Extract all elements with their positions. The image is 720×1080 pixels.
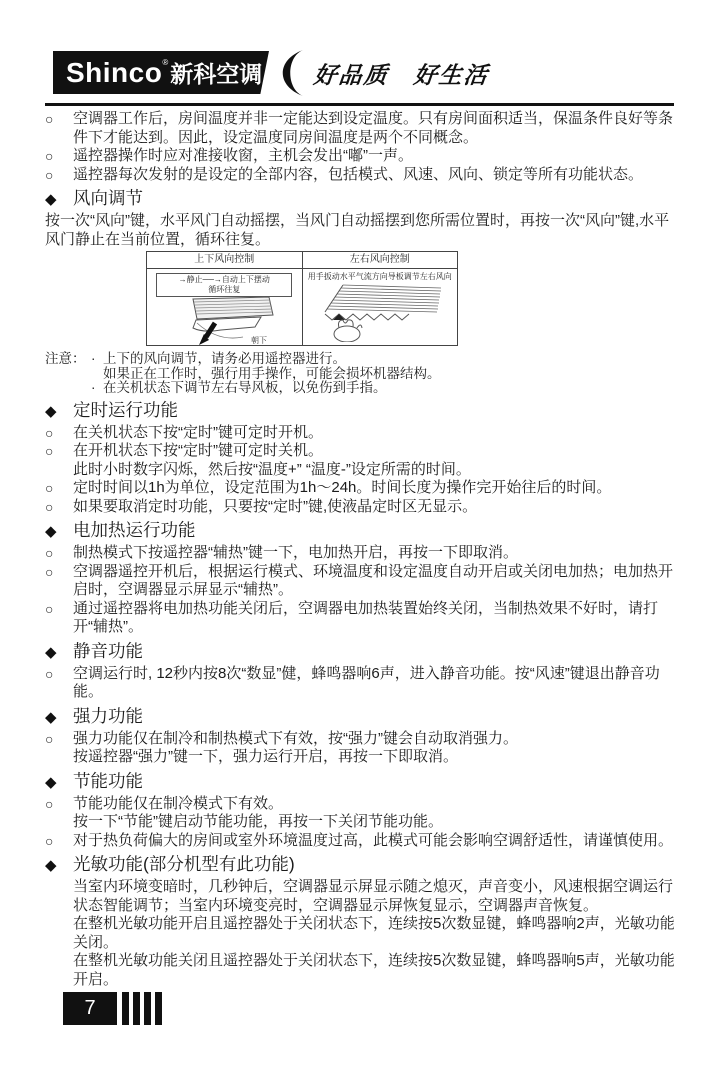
wind-note: 注意： ·上下的风向调节，请务必用遥控器进行。 如果正在工作时，强行用手操作，可… [45, 352, 676, 396]
section-title-mute: 静音功能 [73, 641, 143, 662]
circle-bullet-icon: ○ [45, 166, 53, 185]
intro-bullet-1-text: 空调器工作后，房间温度并非一定能达到设定温度。只有房间面积适当，保温条件良好等条… [73, 110, 673, 146]
note-line-1: ·上下的风向调节，请务必用遥控器进行。 [91, 352, 676, 367]
diagram-body-row: →静止──→自动上下摆动 循环往复 朝下 [147, 269, 457, 345]
note-label: 注意： [45, 352, 91, 396]
diamond-icon: ◆ [45, 707, 73, 728]
swing-cycle-box: →静止──→自动上下摆动 循环往复 [156, 273, 292, 297]
section-heading-wind: ◆风向调节 [45, 188, 676, 210]
diagram-header-leftright: 左右风向控制 [302, 252, 458, 268]
timer-bullet-3-text: 定时时间以1h为单位，设定范围为1h～24h。时间长度为操作完开始往后的时间。 [73, 479, 611, 496]
circle-bullet-icon: ○ [45, 665, 53, 684]
eco-bullet-1: ○节能功能仅在制冷模式下有效。 [45, 795, 676, 814]
wind-direction-diagram: 上下风向控制 左右风向控制 →静止──→自动上下摆动 循环往复 [146, 251, 458, 346]
footer-bars [122, 992, 166, 1025]
heater-bullet-1-text: 制热模式下按遥控器“辅热”键一下，电加热开启，再按一下即取消。 [73, 544, 518, 561]
section-title-timer: 定时运行功能 [73, 400, 178, 421]
circle-bullet-icon: ○ [45, 832, 53, 851]
timer-bullet-1-text: 在关机状态下按“定时”键可定时开机。 [73, 424, 323, 441]
timer-bullet-2: ○在开机状态下按“定时”键可定时关机。 [45, 442, 676, 461]
ac-unit-illustration: 朝下 [163, 296, 287, 345]
light-para-1: 当室内环境变暗时，几秒钟后，空调器显示屏显示随之熄灭，声音变小，风速根据空调运行… [45, 878, 676, 915]
note-line-1-text: 上下的风向调节，请务必用遥控器进行。 [103, 351, 346, 366]
leftright-caption: 用手扳动水平气流方向导板调节左右风向 [303, 272, 458, 282]
circle-bullet-icon: ○ [45, 544, 53, 563]
circle-bullet-icon: ○ [45, 147, 53, 166]
diagram-header-row: 上下风向控制 左右风向控制 [147, 252, 457, 269]
footer-bar [144, 992, 151, 1025]
timer-bullet-3: ○定时时间以1h为单位，设定范围为1h～24h。时间长度为操作完开始往后的时间。 [45, 479, 676, 498]
eco-sub-text: 按一下“节能”键启动节能功能，再按一下关闭节能功能。 [45, 813, 676, 832]
note-line-3-text: 在关机状态下调节左右导风板，以免伤到手指。 [103, 380, 387, 395]
note-lines: ·上下的风向调节，请务必用遥控器进行。 如果正在工作时，强行用手操作，可能会损坏… [91, 352, 676, 396]
intro-bullet-3: ○遥控器每次发射的是设定的全部内容，包括模式、风速、风向、锁定等所有功能状态。 [45, 166, 676, 185]
intro-bullet-1: ○空调器工作后，房间温度并非一定能达到设定温度。只有房间面积适当，保温条件良好等… [45, 110, 676, 147]
header-divider [45, 103, 674, 106]
dot-bullet-icon: · [91, 381, 96, 396]
crescent-icon [281, 50, 305, 96]
diamond-icon: ◆ [45, 855, 73, 876]
section-heading-timer: ◆定时运行功能 [45, 400, 676, 422]
diagram-cell-updown: →静止──→自动上下摆动 循环往复 朝下 [147, 269, 302, 345]
dot-bullet-icon: · [91, 352, 96, 367]
turbo-bullet-1: ○强力功能仅在制冷和制热模式下有效，按“强力”键会自动取消强力。 [45, 730, 676, 749]
section-title-wind: 风向调节 [73, 188, 143, 209]
heater-bullet-2: ○空调器遥控开机后，根据运行模式、环境温度和设定温度自动开启或关闭电加热；电加热… [45, 563, 676, 600]
circle-bullet-icon: ○ [45, 498, 53, 517]
circle-bullet-icon: ○ [45, 110, 53, 129]
intro-bullet-3-text: 遥控器每次发射的是设定的全部内容，包括模式、风速、风向、锁定等所有功能状态。 [73, 166, 643, 183]
diagram-header-updown: 上下风向控制 [147, 252, 302, 268]
brand-name-en: Shinco [66, 57, 162, 89]
section-heading-mute: ◆静音功能 [45, 641, 676, 663]
swing-cycle-text: 循环往复 [157, 285, 291, 295]
circle-bullet-icon: ○ [45, 479, 53, 498]
manual-content: ○空调器工作后，房间温度并非一定能达到设定温度。只有房间面积适当，保温条件良好等… [45, 110, 676, 989]
heater-bullet-3: ○通过遥控器将电加热功能关闭后，空调器电加热装置始终关闭，当制热效果不好时，请打… [45, 600, 676, 637]
heater-bullet-2-text: 空调器遥控开机后，根据运行模式、环境温度和设定温度自动开启或关闭电加热；电加热开… [73, 563, 673, 599]
circle-bullet-icon: ○ [45, 424, 53, 443]
diamond-icon: ◆ [45, 642, 73, 663]
note-line-3: ·在关机状态下调节左右导风板，以免伤到手指。 [91, 381, 676, 396]
intro-bullet-2: ○遥控器操作时应对准接收窗，主机会发出“嘟”一声。 [45, 147, 676, 166]
circle-bullet-icon: ○ [45, 795, 53, 814]
timer-bullet-1: ○在关机状态下按“定时”键可定时开机。 [45, 424, 676, 443]
eco-bullet-2: ○对于热负荷偏大的房间或室外环境温度过高，此模式可能会影响空调舒适性，请谨慎使用… [45, 832, 676, 851]
note-line-2: 如果正在工作时，强行用手操作，可能会损坏机器结构。 [91, 367, 676, 382]
circle-bullet-icon: ○ [45, 730, 53, 749]
swing-flow-text: →静止──→自动上下摆动 [157, 275, 291, 285]
registered-trademark-icon: ® [162, 58, 168, 67]
section-heading-turbo: ◆强力功能 [45, 706, 676, 728]
light-para-3: 在整机光敏功能关闭且遥控器处于关闭状态下，连续按5次数显键，蜂鸣器响5声，光敏功… [45, 952, 676, 989]
footer-bar [155, 992, 162, 1025]
louver-hand-illustration [309, 282, 453, 342]
footer-bar [133, 992, 140, 1025]
page-number: 7 [63, 992, 117, 1025]
heater-bullet-1: ○制热模式下按遥控器“辅热”键一下，电加热开启，再按一下即取消。 [45, 544, 676, 563]
timer-sub-text: 此时小时数字闪烁，然后按“温度+” “温度-”设定所需的时间。 [45, 461, 676, 480]
circle-bullet-icon: ○ [45, 600, 53, 619]
circle-bullet-icon: ○ [45, 563, 53, 582]
light-para-2: 在整机光敏功能开启且遥控器处于关闭状态下，连续按5次数显键，蜂鸣器响2声，光敏功… [45, 915, 676, 952]
shinco-logo: Shinco®新科空调 [53, 51, 269, 94]
mute-bullet-1: ○空调运行时, 12秒内按8次“数显”健，蜂鸣器响6声，进入静音功能。按“风速”… [45, 665, 676, 702]
timer-bullet-4: ○如果要取消定时功能，只要按“定时”键,使液晶定时区无显示。 [45, 498, 676, 517]
eco-bullet-1-text: 节能功能仅在制冷模式下有效。 [73, 795, 283, 812]
section-heading-eco: ◆节能功能 [45, 771, 676, 793]
intro-bullet-2-text: 遥控器操作时应对准接收窗，主机会发出“嘟”一声。 [73, 147, 413, 164]
eco-bullet-2-text: 对于热负荷偏大的房间或室外环境温度过高，此模式可能会影响空调舒适性，请谨慎使用。 [73, 832, 673, 849]
section-title-heater: 电加热运行功能 [73, 520, 196, 541]
diamond-icon: ◆ [45, 521, 73, 542]
section-heading-heater: ◆电加热运行功能 [45, 520, 676, 542]
diagram-cell-leftright: 用手扳动水平气流方向导板调节左右风向 [302, 269, 458, 345]
mute-bullet-1-text: 空调运行时, 12秒内按8次“数显”健，蜂鸣器响6声，进入静音功能。按“风速”键… [73, 665, 660, 701]
brand-slogan: 好品质 好生活 [312, 57, 490, 90]
page-footer: 7 [63, 992, 166, 1025]
note-line-2-text: 如果正在工作时，强行用手操作，可能会损坏机器结构。 [103, 366, 441, 381]
diamond-icon: ◆ [45, 401, 73, 422]
section-title-turbo: 强力功能 [73, 706, 143, 727]
section-heading-light: ◆光敏功能(部分机型有此功能) [45, 854, 676, 876]
timer-bullet-4-text: 如果要取消定时功能，只要按“定时”键,使液晶定时区无显示。 [73, 498, 477, 515]
turbo-bullet-1-text: 强力功能仅在制冷和制热模式下有效，按“强力”键会自动取消强力。 [73, 730, 518, 747]
manual-page: Shinco®新科空调 好品质 好生活 ○空调器工作后，房间温度并非一定能达到设… [0, 0, 720, 1080]
circle-bullet-icon: ○ [45, 442, 53, 461]
section-title-eco: 节能功能 [73, 771, 143, 792]
footer-bar [122, 992, 129, 1025]
down-label: 朝下 [251, 335, 267, 345]
section-title-light: 光敏功能(部分机型有此功能) [73, 854, 295, 875]
timer-bullet-2-text: 在开机状态下按“定时”键可定时关机。 [73, 442, 323, 459]
diamond-icon: ◆ [45, 772, 73, 793]
wind-intro-text: 按一次“风向”键，水平风门自动摇摆，当风门自动摇摆到您所需位置时，再按一次“风向… [45, 212, 676, 249]
brand-name-cn: 新科空调 [170, 56, 262, 89]
heater-bullet-3-text: 通过遥控器将电加热功能关闭后，空调器电加热装置始终关闭，当制热效果不好时，请打开… [73, 600, 658, 636]
turbo-sub-text: 按遥控器“强力”键一下，强力运行开启，再按一下即取消。 [45, 748, 676, 767]
diamond-icon: ◆ [45, 189, 73, 210]
